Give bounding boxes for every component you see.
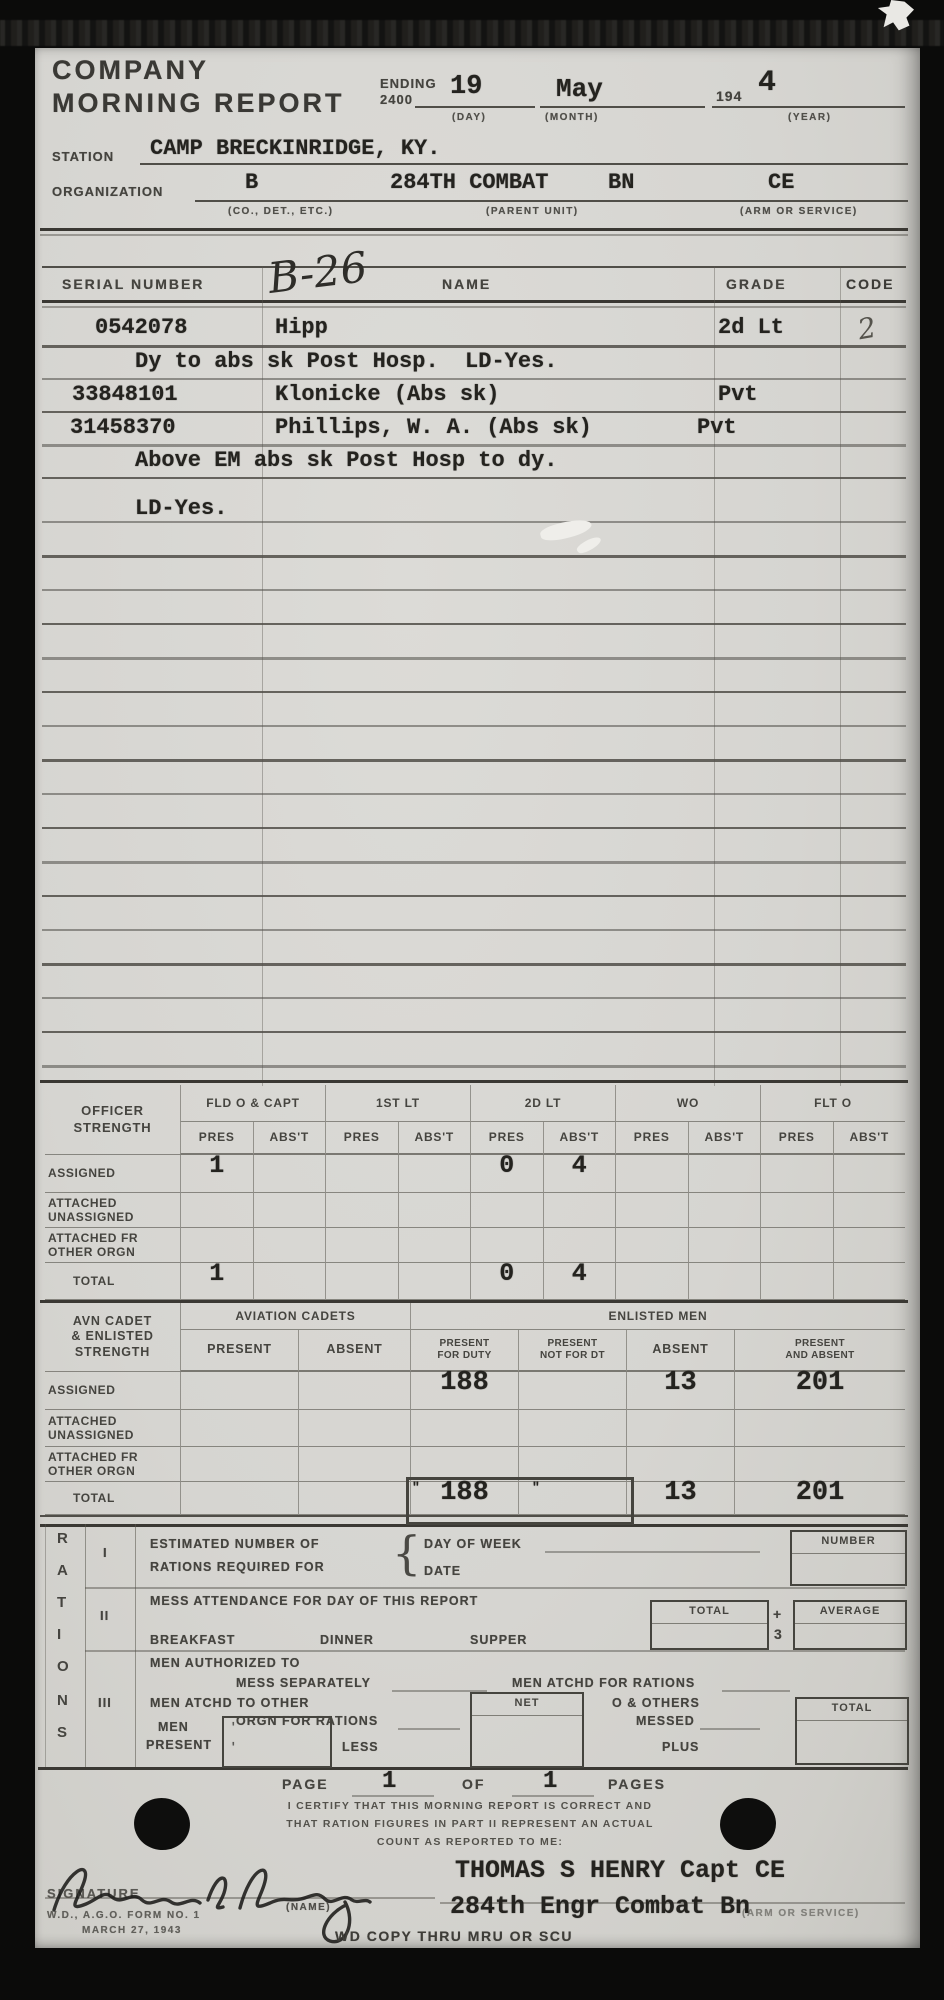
rations-breakfast-label: BREAKFAST [150, 1633, 235, 1647]
aviation-cadets-group-header: AVIATION CADETS [180, 1303, 410, 1330]
rations-total-box-label: TOTAL [652, 1605, 767, 1617]
pages-value: 1 [543, 1768, 557, 1795]
ruled-line [42, 691, 906, 693]
officer-value-cell [398, 1263, 471, 1300]
officer-table-toprule [40, 1080, 908, 1083]
officer-value-cell [398, 1193, 471, 1228]
enlisted-value-cell [298, 1482, 410, 1515]
ruled-line [42, 623, 906, 625]
officer-group-header: WO [615, 1085, 760, 1122]
rations-iii-numeral: III [98, 1695, 112, 1710]
rations-i-numeral: I [103, 1545, 108, 1560]
enlisted-column-header: ABSENT [626, 1330, 734, 1372]
ruled-line [42, 411, 906, 413]
total-emphasis-box [406, 1477, 634, 1525]
officer-value-cell: 1 [180, 1155, 253, 1193]
rations-day-of-week-label: DAY OF WEEK [424, 1537, 522, 1551]
officer-value-cell [615, 1193, 688, 1228]
rations-net-box-line [472, 1715, 582, 1716]
ruled-line [42, 895, 906, 897]
station-underline [140, 163, 908, 165]
rations-men1: MEN [158, 1720, 189, 1734]
rations-side-letter: T [57, 1594, 66, 1611]
officer-row-label: ATTACHED FROTHER ORGN [45, 1228, 180, 1263]
rations-average-box-line [795, 1623, 905, 1624]
enlisted-value-cell: 13 [626, 1482, 734, 1515]
ditto-mark-2: " [532, 1480, 540, 1495]
officer-value-cell [325, 1263, 398, 1300]
officer-value-cell [688, 1263, 761, 1300]
officer-value-cell [615, 1228, 688, 1263]
officer-value-cell [470, 1228, 543, 1263]
enlisted-value-cell [298, 1372, 410, 1410]
rations-ii-title: MESS ATTENDANCE FOR DAY OF THIS REPORT [150, 1594, 478, 1608]
month-value: May [556, 74, 603, 104]
officer-strength-table: OFFICERSTRENGTHFLD O & CAPT1ST LT2D LTWO… [45, 1085, 905, 1300]
rations-day-of-week-line [545, 1551, 760, 1553]
rations-iii-total-box[interactable]: TOTAL [795, 1697, 909, 1765]
year-label: (YEAR) [788, 112, 831, 123]
officer-value-cell [253, 1155, 326, 1193]
rations-net-box[interactable]: NET [470, 1692, 584, 1768]
officer-strength-header: OFFICERSTRENGTH [45, 1085, 180, 1155]
roster-code-header: CODE [846, 276, 894, 292]
organization-sub-company: (CO., DET., ETC.) [228, 206, 334, 217]
officer-group-header: FLT O [760, 1085, 905, 1122]
station-value: CAMP BRECKINRIDGE, KY. [150, 136, 440, 161]
officer-value-cell [615, 1155, 688, 1193]
section-rule [40, 228, 908, 231]
ruled-line [42, 657, 906, 660]
form-title-line1: COMPANY [52, 55, 209, 86]
enlisted-value-cell [180, 1410, 298, 1447]
roster-name-header: NAME [442, 276, 491, 292]
section-rule2 [40, 234, 908, 236]
officer-value-cell [543, 1193, 616, 1228]
ruled-line [42, 861, 906, 864]
enlisted-value-cell [410, 1410, 518, 1447]
roster-name-1: Hipp [275, 315, 328, 340]
month-underline [540, 106, 705, 108]
roster-serial-3: 31458370 [70, 415, 176, 440]
officer-value-cell: 0 [470, 1155, 543, 1193]
rations-atchd-rations-label: MEN ATCHD FOR RATIONS [512, 1676, 695, 1690]
officer-value-cell [615, 1263, 688, 1300]
officer-value-cell [253, 1228, 326, 1263]
enlisted-value-cell [626, 1447, 734, 1482]
officer-value-cell [688, 1193, 761, 1228]
roster-header-topline [42, 266, 906, 268]
of-label: OF [462, 1776, 485, 1792]
enlisted-value-cell [298, 1410, 410, 1447]
enlisted-men-group-header: ENLISTED MEN [410, 1303, 905, 1330]
rations-divide-by: 3 [774, 1626, 783, 1642]
officer-value-cell: 0 [470, 1263, 543, 1300]
officer-value-cell [760, 1193, 833, 1228]
rations-side-letter: I [57, 1626, 61, 1643]
organization-label: ORGANIZATION [52, 184, 163, 199]
officer-value-cell [760, 1155, 833, 1193]
roster-header-bottomline [42, 300, 906, 303]
rations-dinner-label: DINNER [320, 1633, 374, 1647]
enlisted-value-cell [518, 1372, 626, 1410]
officer-value-cell [543, 1228, 616, 1263]
rations-divide-sign: + [773, 1606, 782, 1622]
enlisted-value-cell [734, 1410, 905, 1447]
ruled-line [42, 477, 906, 479]
rations-ii-numeral: II [100, 1608, 109, 1623]
officer-value-cell [470, 1193, 543, 1228]
enlisted-value-cell [180, 1447, 298, 1482]
rations-i-line2: RATIONS REQUIRED FOR [150, 1560, 325, 1574]
roster-serial-2: 33848101 [72, 382, 178, 407]
men-present-tick-1: ' [230, 1722, 237, 1734]
rations-side-letter: R [57, 1530, 68, 1547]
rations-men-present-box[interactable] [222, 1716, 332, 1768]
ending-2400: 2400 [380, 92, 413, 107]
enlisted-value-cell [734, 1447, 905, 1482]
organization-company: B [245, 170, 258, 195]
rations-iii-total-box-line [797, 1720, 907, 1721]
officer-value-cell [180, 1228, 253, 1263]
rations-atchd-other1: MEN ATCHD TO OTHER [150, 1696, 309, 1710]
certify-line1: I CERTIFY THAT THIS MORNING REPORT IS CO… [260, 1800, 680, 1812]
form-date: MARCH 27, 1943 [82, 1925, 182, 1936]
ruled-line [42, 589, 906, 591]
pages-label: PAGES [608, 1776, 666, 1792]
rations-average-box-label: AVERAGE [795, 1605, 905, 1617]
rations-men2: PRESENT [146, 1738, 212, 1752]
officer-value-cell [325, 1193, 398, 1228]
enlisted-column-header: PRESENTNOT FOR DT [518, 1330, 626, 1372]
ruled-line [42, 997, 906, 999]
abst-header: ABS'T [833, 1122, 906, 1155]
ruled-line [42, 929, 906, 931]
officer-value-cell [688, 1155, 761, 1193]
ruled-line [42, 378, 906, 380]
enlisted-row-label: ATTACHED FROTHER ORGN [45, 1447, 180, 1482]
roster-serial-header: SERIAL NUMBER [62, 276, 204, 292]
roster-note-2: Above EM abs sk Post Hosp to dy. [135, 448, 557, 473]
morning-report-scan: COMPANY MORNING REPORT ENDING 2400 19 (D… [0, 0, 944, 2000]
officer-value-cell: 1 [180, 1263, 253, 1300]
rations-divider-2 [135, 1524, 136, 1767]
ruled-line [42, 521, 906, 523]
pres-header: PRES [615, 1122, 688, 1155]
officer-group-header: FLD O & CAPT [180, 1085, 325, 1122]
day-underline [415, 106, 535, 108]
rations-messed-line [700, 1728, 760, 1730]
signed-name-typed: THOMAS S HENRY Capt CE [455, 1856, 785, 1885]
roster-grade-3: Pvt [697, 415, 737, 440]
wd-copy-note: WD COPY THRU MRU OR SCU [335, 1928, 573, 1944]
enlisted-value-cell [180, 1372, 298, 1410]
ruled-line [42, 1031, 906, 1033]
rations-left-border [45, 1524, 46, 1767]
rations-rule-i-ii [85, 1587, 905, 1589]
arm-service-label: (ARM OR SERVICE) [742, 1908, 860, 1919]
roster-grade-1: 2d Lt [718, 315, 784, 340]
rations-rule-ii-iii [85, 1650, 905, 1652]
enlisted-column-header: PRESENT [180, 1330, 298, 1372]
ruled-line [42, 963, 906, 966]
officer-value-cell: 4 [543, 1155, 616, 1193]
enlisted-value-cell [298, 1447, 410, 1482]
name-label: (NAME) [286, 1902, 331, 1913]
rations-average-box[interactable]: AVERAGE [793, 1600, 907, 1650]
rations-side-letter: A [57, 1562, 68, 1579]
officer-row-label: TOTAL [45, 1263, 180, 1300]
rations-divider-1 [85, 1524, 86, 1767]
abst-header: ABS'T [253, 1122, 326, 1155]
organization-sub-arm: (ARM OR SERVICE) [740, 206, 858, 217]
enlisted-column-header: PRESENTFOR DUTY [410, 1330, 518, 1372]
rations-i-line1: ESTIMATED NUMBER OF [150, 1537, 319, 1551]
roster-note-1: Dy to abs sk Post Hosp. LD-Yes. [135, 349, 557, 374]
enlisted-strength-header: AVN CADET& ENLISTEDSTRENGTH [45, 1303, 180, 1372]
page-label: PAGE [282, 1776, 329, 1792]
enlisted-column-header: ABSENT [298, 1330, 410, 1372]
rations-auth-line2: MESS SEPARATELY [236, 1676, 371, 1690]
roster-name-3: Phillips, W. A. (Abs sk) [275, 415, 592, 440]
signed-unit-typed: 284th Engr Combat Bn [450, 1892, 750, 1921]
rations-atchd-other-line [398, 1728, 460, 1730]
station-label: STATION [52, 149, 114, 164]
officer-value-cell [760, 1263, 833, 1300]
ruled-line [42, 444, 906, 447]
ending-label: ENDING [380, 76, 437, 91]
rations-number-box-line [792, 1553, 905, 1554]
men-present-tick-2: ' [230, 1742, 237, 1754]
year-prefix: 194 [716, 88, 742, 104]
ruled-line [42, 345, 906, 348]
page-value: 1 [382, 1768, 396, 1795]
roster-grade-header: GRADE [726, 276, 787, 292]
officer-value-cell [688, 1228, 761, 1263]
pages-underline [512, 1795, 594, 1797]
year-value: 4 [758, 66, 776, 100]
organization-parent-unit-bn: BN [608, 170, 634, 195]
rations-net-box-label: NET [472, 1697, 582, 1709]
rations-side-letter: S [57, 1724, 67, 1741]
officer-value-cell: 4 [543, 1263, 616, 1300]
roster-header-bottomline2 [42, 306, 906, 308]
enlisted-value-cell [626, 1410, 734, 1447]
officer-value-cell [760, 1228, 833, 1263]
day-label: (DAY) [452, 112, 486, 123]
form-number: W.D., A.G.O. FORM NO. 1 [47, 1910, 201, 1921]
rations-total-box[interactable]: TOTAL [650, 1600, 769, 1650]
officer-value-cell [325, 1155, 398, 1193]
organization-arm: CE [768, 170, 794, 195]
ruled-line [42, 725, 906, 727]
officer-group-header: 1ST LT [325, 1085, 470, 1122]
officer-value-cell [833, 1155, 906, 1193]
rations-side-letter: O [57, 1658, 69, 1675]
rations-total-box-line [652, 1623, 767, 1624]
roster-name-2: Klonicke (Abs sk) [275, 382, 499, 407]
enlisted-value-cell: 201 [734, 1482, 905, 1515]
scan-grunge-strip [0, 20, 944, 46]
rations-o-others2: MESSED [636, 1714, 695, 1728]
officer-value-cell [833, 1193, 906, 1228]
enlisted-value-cell: 13 [626, 1372, 734, 1410]
rations-i-brace: { [392, 1526, 421, 1580]
abst-header: ABS'T [688, 1122, 761, 1155]
organization-sub-parent: (PARENT UNIT) [486, 206, 579, 217]
rations-side-letter: N [57, 1692, 68, 1709]
certify-line3: COUNT AS REPORTED TO ME: [260, 1836, 680, 1848]
ruled-line [42, 555, 906, 558]
roster-serial-1: 0542078 [95, 315, 187, 340]
pres-header: PRES [760, 1122, 833, 1155]
officer-value-cell [833, 1263, 906, 1300]
officer-group-header: 2D LT [470, 1085, 615, 1122]
page-underline [352, 1795, 434, 1797]
rations-date-label: DATE [424, 1564, 461, 1578]
ruled-line [42, 759, 906, 762]
roster-grade-2: Pvt [718, 382, 758, 407]
officer-value-cell [253, 1193, 326, 1228]
rations-auth-line1: MEN AUTHORIZED TO [150, 1656, 300, 1670]
officer-value-cell [180, 1193, 253, 1228]
ruled-line [42, 827, 906, 829]
enlisted-value-cell: 188 [410, 1372, 518, 1410]
roster-note-3: LD-Yes. [135, 496, 227, 521]
year-underline [712, 106, 905, 108]
enlisted-row-label: ATTACHEDUNASSIGNED [45, 1410, 180, 1447]
rations-atchd-rations-line [722, 1690, 790, 1692]
ruled-line [42, 793, 906, 795]
rations-o-others1: O & OTHERS [612, 1696, 700, 1710]
rations-plus-label: PLUS [662, 1740, 699, 1754]
rations-less-label: LESS [342, 1740, 379, 1754]
certify-line2: THAT RATION FIGURES IN PART II REPRESENT… [260, 1818, 680, 1830]
enlisted-value-cell [180, 1482, 298, 1515]
officer-value-cell [253, 1263, 326, 1300]
pres-header: PRES [325, 1122, 398, 1155]
officer-row-label: ASSIGNED [45, 1155, 180, 1193]
enlisted-row-label: TOTAL [45, 1482, 180, 1515]
enlisted-value-cell [518, 1410, 626, 1447]
month-label: (MONTH) [545, 112, 599, 123]
organization-parent-unit: 284TH COMBAT [390, 170, 548, 195]
officer-row-label: ATTACHEDUNASSIGNED [45, 1193, 180, 1228]
officer-value-cell [398, 1155, 471, 1193]
rations-iii-total-box-label: TOTAL [797, 1702, 907, 1714]
officer-value-cell [325, 1228, 398, 1263]
officer-value-cell [833, 1228, 906, 1263]
officer-value-cell [398, 1228, 471, 1263]
day-value: 19 [450, 72, 482, 102]
ruled-line [42, 1065, 906, 1068]
rations-number-box[interactable]: NUMBER [790, 1530, 907, 1586]
enlisted-row-label: ASSIGNED [45, 1372, 180, 1410]
abst-header: ABS'T [398, 1122, 471, 1155]
rations-number-box-label: NUMBER [792, 1535, 905, 1547]
rations-supper-label: SUPPER [470, 1633, 527, 1647]
organization-underline [195, 200, 908, 202]
enlisted-value-cell: 201 [734, 1372, 905, 1410]
form-title-line2: MORNING REPORT [52, 88, 345, 119]
ditto-mark-1: " [412, 1480, 420, 1495]
enlisted-column-header: PRESENTAND ABSENT [734, 1330, 905, 1372]
